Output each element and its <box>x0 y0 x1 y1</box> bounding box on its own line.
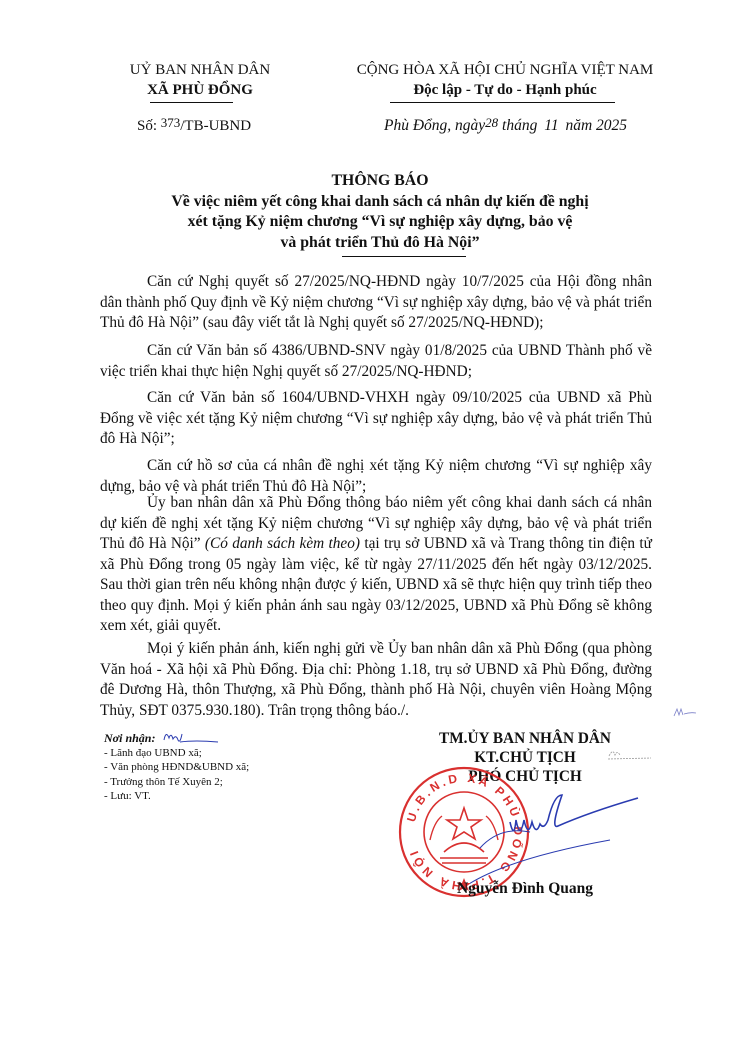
place-date: Phù Đổng, ngày28 tháng 11 năm 2025 <box>384 116 627 136</box>
legal-basis-3: Căn cứ Văn bản số 1604/UBND-VHXH ngày 09… <box>100 388 652 450</box>
national-title-block: CỘNG HÒA XÃ HỘI CHỦ NGHĨA VIỆT NAM Độc l… <box>335 60 675 100</box>
national-motto: Độc lập - Tự do - Hạnh phúc <box>335 80 675 100</box>
doc-number: Số: 373/TB-UBND <box>137 116 251 136</box>
title-underline <box>342 256 466 257</box>
announcement-paragraph: Ủy ban nhân dân xã Phù Đổng thông báo ni… <box>100 493 652 637</box>
motto-underline <box>390 102 615 103</box>
notice-heading: THÔNG BÁO <box>100 171 660 192</box>
legal-basis-4: Căn cứ hồ sơ của cá nhân đề nghị xét tặn… <box>100 456 652 497</box>
signer-name: Nguyễn Đình Quang <box>400 880 650 898</box>
issuer-line1: UỶ BAN NHÂN DÂN <box>100 60 300 80</box>
recipient-item: - Văn phòng HĐND&UBND xã; <box>104 760 249 775</box>
recipient-item: - Lưu: VT. <box>104 789 249 804</box>
issuer-line2: XÃ PHÙ ĐỔNG <box>100 80 300 100</box>
date-day: 28 <box>485 115 498 130</box>
initials-signature-icon <box>160 728 220 748</box>
initials-mark-icon <box>605 746 655 762</box>
initials-mark-icon <box>672 706 698 720</box>
notice-title-block: THÔNG BÁO Về việc niêm yết công khai dan… <box>100 171 660 253</box>
doc-number-value: 373 <box>161 115 181 130</box>
issuer-block: UỶ BAN NHÂN DÂN XÃ PHÙ ĐỔNG <box>100 60 300 100</box>
notice-subject-line1: Về việc niêm yết công khai danh sách cá … <box>100 192 660 213</box>
legal-basis-1: Căn cứ Nghị quyết số 27/2025/NQ-HĐND ngà… <box>100 272 652 334</box>
attachment-note: (Có danh sách kèm theo) <box>205 535 360 552</box>
notice-subject-line2: xét tặng Kỷ niệm chương “Vì sự nghiệp xâ… <box>100 212 660 233</box>
date-month: 11 <box>544 117 558 134</box>
issuer-underline <box>150 102 233 103</box>
contact-paragraph: Mọi ý kiến phản ánh, kiến nghị gửi về Ủy… <box>100 639 652 721</box>
recipient-item: - Trưởng thôn Tế Xuyên 2; <box>104 775 249 790</box>
legal-basis-2: Căn cứ Văn bản số 4386/UBND-SNV ngày 01/… <box>100 341 652 382</box>
notice-subject-line3: và phát triển Thủ đô Hà Nội” <box>100 233 660 254</box>
national-title: CỘNG HÒA XÃ HỘI CHỦ NGHĨA VIỆT NAM <box>335 60 675 80</box>
